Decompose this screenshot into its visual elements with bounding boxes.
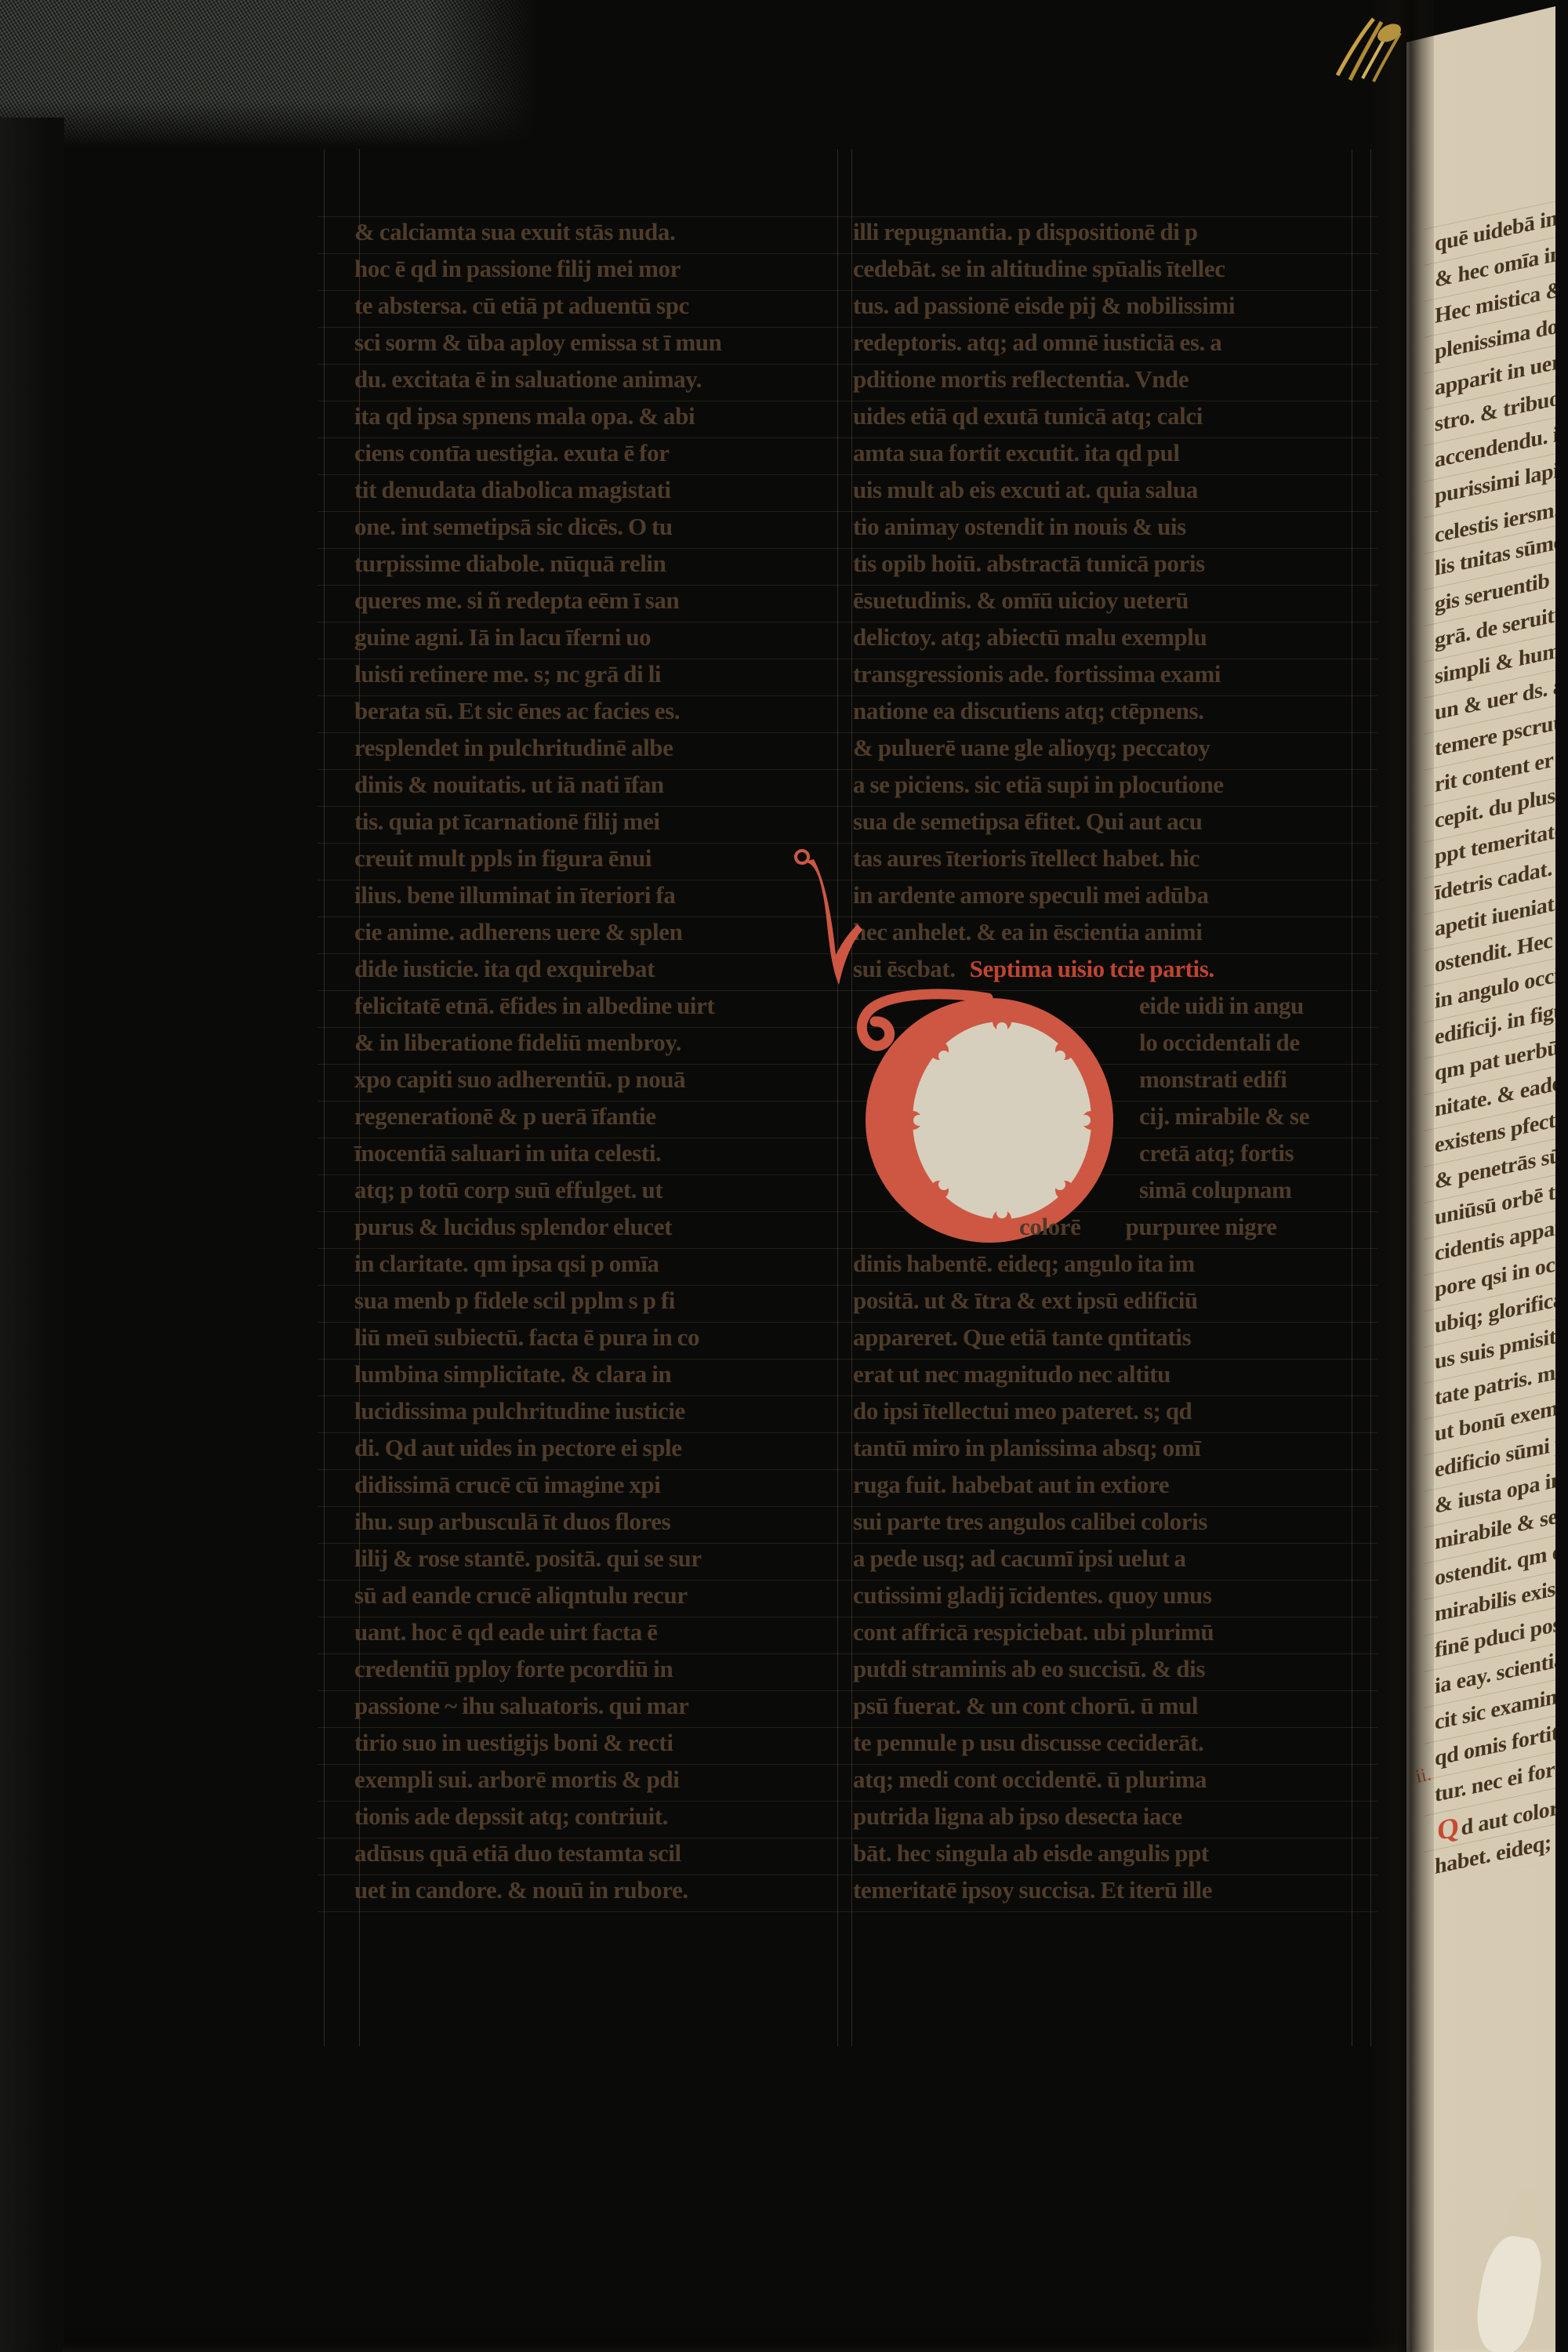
text-line: regenerationē & p uerā īfantie [354, 1098, 839, 1134]
text-line: cie anime. adherens uere & splen [354, 913, 839, 950]
text-line: lo occidentali de [1139, 1024, 1309, 1061]
text-line: psū fuerat. & un cont chorū. ū mul [853, 1687, 1361, 1724]
vertical-rule [324, 149, 325, 2046]
text-line-with-rubric: sui ēscbat.Septima uisio tcie partis. [853, 950, 1361, 987]
text-line: monstrati edifi [1139, 1061, 1309, 1098]
text-line: atq; p totū corp suū effulget. ut [354, 1171, 839, 1208]
text-line: uant. hoc ē qd eade uirt facta ē [354, 1613, 839, 1650]
text-line: tio animay ostendit in nouis & uis [853, 508, 1361, 545]
text-line: passione ~ ihu saluatoris. qui mar [354, 1687, 839, 1724]
cloth-backdrop-left [0, 118, 64, 2352]
text-line: simā colupnam [1139, 1171, 1309, 1208]
text-line: putrida ligna ab ipso desecta iace [853, 1798, 1361, 1835]
text-line: one. int semetipsā sic dicēs. O tu [354, 508, 839, 545]
text-line: bāt. hec singula ab eisde angulis ppt [853, 1835, 1361, 1871]
text-line: do ipsi ītellectui meo pateret. s; qd [853, 1392, 1361, 1429]
text-line: te abstersa. cū etiā pt aduentū spc [354, 287, 839, 324]
text-line: berata sū. Et sic ēnes ac facies es. [354, 692, 839, 729]
initial-q: Q [1435, 1810, 1461, 1847]
text-line: erat ut nec magnitudo nec altitu [853, 1356, 1361, 1392]
text-line: ēsuetudinis. & omīū uicioy ueterū [853, 582, 1361, 619]
text-line: īnocentiā saluari in uita celesti. [354, 1134, 839, 1171]
text-line: amta sua fortit excutit. ita qd pul [853, 434, 1361, 471]
text-line: eide uidi in angu [1139, 987, 1309, 1024]
text-line: creuit mult ppls in figura ēnui [354, 840, 839, 877]
text-line: tionis ade depssit atq; contriuit. [354, 1798, 839, 1835]
bookmark-tassel [1328, 9, 1416, 88]
text-line: a se piciens. sic etiā supi in plocution… [853, 766, 1361, 803]
text-line: di. Qd aut uides in pectore ei sple [354, 1429, 839, 1466]
text-line: positā. ut & ītra & ext ipsū edificiū [853, 1282, 1361, 1319]
text-line: uis mult ab eis excuti at. quia salua [853, 471, 1361, 508]
text-line: putdi straminis ab eo succisū. & dis [853, 1650, 1361, 1687]
line-text: colorē [1019, 1213, 1081, 1240]
text-line: xpo capiti suo adherentiū. p nouā [354, 1061, 839, 1098]
text-line: ita qd ipsa spnens mala opa. & abi [354, 397, 839, 434]
manuscript-photo: quē uidebā in pdict& hec omīa in demonHe… [0, 0, 1568, 2352]
manuscript-page: 99a & calciamta sua exuit stās nuda.hoc … [0, 0, 1568, 2352]
text-line: purus & lucidus splendor elucet [354, 1208, 839, 1245]
text-line: & calciamta sua exuit stās nuda. [354, 213, 839, 250]
text-line: in claritate. qm ipsa qsi p omīa [354, 1245, 839, 1282]
text-line: appareret. Que etiā tante qntitatis [853, 1319, 1361, 1356]
text-line: natione ea discutiens atq; ctēpnens. [853, 692, 1361, 729]
text-line: tus. ad passionē eisde pij & nobilissimi [853, 287, 1361, 324]
text-line: resplendet in pulchritudinē albe [354, 729, 839, 766]
text-line: luisti retinere me. s; nc grā di li [354, 655, 839, 692]
text-line: transgressionis ade. fortissima exami [853, 655, 1361, 692]
gutter-shadow [1367, 0, 1434, 2352]
text-line: sua de semetipsa ēfitet. Qui aut acu [853, 803, 1361, 840]
text-line: & in liberatione fideliū menbroy. [354, 1024, 839, 1061]
rubric-heading: Septima uisio tcie partis. [970, 955, 1214, 982]
text-line: ciens contīa uestigia. exuta ē for [354, 434, 839, 471]
text-line: & puluerē uane gle alioyq; peccatoy [853, 729, 1361, 766]
line-text: purpuree nigre [1126, 1213, 1277, 1240]
text-line: sui parte tres angulos calibei coloris [853, 1503, 1361, 1540]
text-line: uet in candore. & nouū in rubore. [354, 1871, 839, 1908]
text-line: guine agni. Iā in lacu īferni uo [354, 619, 839, 655]
text-line: sū ad eande crucē aliqntulu recur [354, 1577, 839, 1613]
text-column-right: illi repugnantia. p dispositionē di pced… [853, 213, 1361, 1908]
text-line: cedebāt. se in altitudine spūalis ītelle… [853, 250, 1361, 287]
text-line: tas aures īterioris ītellect habet. hic [853, 840, 1361, 877]
text-line: tis. quia pt īcarnationē filij mei [354, 803, 839, 840]
text-line: queres me. si ñ redepta eēm ī san [354, 582, 839, 619]
text-line: uides etiā qd exutā tunicā atq; calci [853, 397, 1361, 434]
text-line: ilius. bene illuminat in īteriori fa [354, 877, 839, 913]
text-column-left: & calciamta sua exuit stās nuda.hoc ē qd… [354, 213, 839, 1908]
text-line: pditione mortis reflectentia. Vnde [853, 361, 1361, 397]
text-line: sci sorm & ūba aploy emissa st ī mun [354, 324, 839, 361]
initial-block: eide uidi in angulo occidentali demonstr… [853, 987, 1361, 1245]
text-line: tit denudata diabolica magistati [354, 471, 839, 508]
next-page-text: quē uidebā in pdict& hec omīa in demonHe… [1424, 133, 1568, 1888]
text-line: didissimā crucē cū imagine xpi [354, 1466, 839, 1503]
page-fore-edge [1472, 2232, 1546, 2352]
text-line: exempli sui. arborē mortis & pdi [354, 1761, 839, 1798]
text-line: te pennule p usu discusse ceciderāt. [853, 1724, 1361, 1761]
red-margin-flourish [790, 845, 869, 1002]
text-line: cont affricā respiciebat. ubi plurimū [853, 1613, 1361, 1650]
text-line: cretā atq; fortis [1139, 1134, 1309, 1171]
text-line: dinis habentē. eideq; angulo ita im [853, 1245, 1361, 1282]
text-line: credentiū pploy forte pcordiū in [354, 1650, 839, 1687]
text-line: lilij & rose stantē. positā. qui se sur [354, 1540, 839, 1577]
text-line: turpissime diabole. nūquā relin [354, 545, 839, 582]
text-line: ihu. sup arbusculā īt duos flores [354, 1503, 839, 1540]
text-line: atq; medi cont occidentē. ū plurima [853, 1761, 1361, 1798]
text-line: ruga fuit. habebat aut in extiore [853, 1466, 1361, 1503]
text-line: redeptoris. atq; ad omnē iusticiā es. a [853, 324, 1361, 361]
text-line: lucidissima pulchritudine iusticie [354, 1392, 839, 1429]
text-line: delictoy. atq; abiectū malu exemplu [853, 619, 1361, 655]
text-line: dinis & nouitatis. ut iā nati īfan [354, 766, 839, 803]
illuminated-initial-d [850, 987, 1126, 1246]
text-line: hec anhelet. & ea in ēscientia animi [853, 913, 1361, 950]
text-line: liū meū subiectū. facta ē pura in co [354, 1319, 839, 1356]
text-line: hoc ē qd in passione filij mei mor [354, 250, 839, 287]
text-line: cutissimi gladij īcidentes. quoy unus [853, 1577, 1361, 1613]
text-line: tirio suo in uestigijs boni & recti [354, 1724, 839, 1761]
text-line: adūsus quā etiā duo testamta scil [354, 1835, 839, 1871]
text-line: a pede usq; ad cacumī ipsi uelut a [853, 1540, 1361, 1577]
text-line: cij. mirabile & se [1139, 1098, 1309, 1134]
text-line: du. excitata ē in saluatione animay. [354, 361, 839, 397]
text-line: colorēpurpuree nigre [853, 1208, 1276, 1245]
text-line: illi repugnantia. p dispositionē di p [853, 213, 1361, 250]
text-line: lumbina simplicitate. & clara in [354, 1356, 839, 1392]
text-line: in ardente amore speculi mei adūba [853, 877, 1361, 913]
text-line: sua menb p fidele scil pplm s p fi [354, 1282, 839, 1319]
text-line: tis opib hoiū. abstractā tunicā poris [853, 545, 1361, 582]
text-line: felicitatē etnā. ēfides in albedine uirt [354, 987, 839, 1024]
text-line: dide iusticie. ita qd exquirebat [354, 950, 839, 987]
initial-n: N [1564, 485, 1568, 521]
text-line: temeritatē ipsoy succisa. Et iterū ille [853, 1871, 1361, 1908]
text-line: tantū miro in planissima absq; omī [853, 1429, 1361, 1466]
